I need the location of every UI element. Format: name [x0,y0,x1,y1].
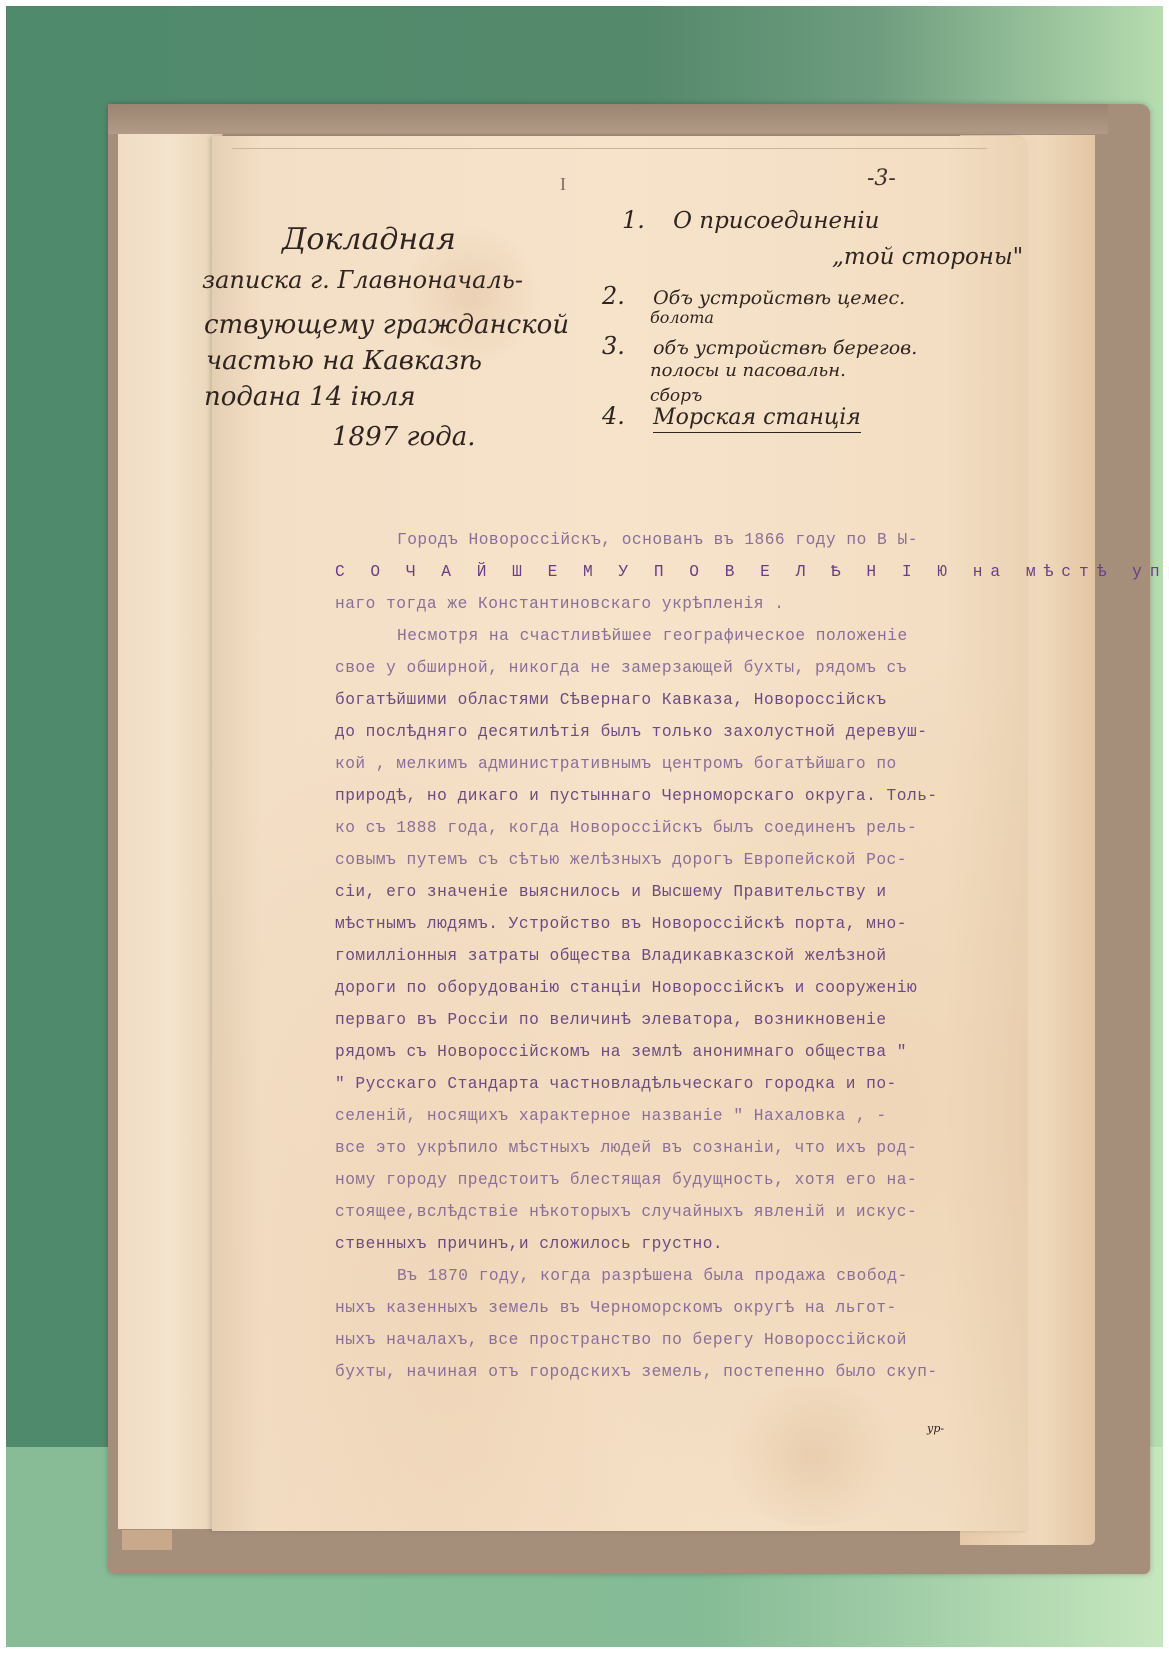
typed-line: Городъ Новороссійскъ, основанъ въ 1866 г… [397,529,918,551]
contents-item: 1. О присоединеніи [622,206,879,234]
typed-line: Въ 1870 году, когда разрѣшена была прода… [397,1265,908,1287]
typed-line: ственныхъ причинъ,и сложилось грустно. [335,1233,723,1255]
binding-strip [118,134,223,1529]
typed-line: перваго въ Россіи по величинѣ элеватора,… [335,1009,887,1031]
contents-item: 4. Морская станція [602,402,861,430]
typed-line: все это укрѣпило мѣстныхъ людей въ созна… [335,1137,917,1159]
typed-line: селеній, носящихъ характерное названіе "… [335,1105,887,1127]
typed-line: " Русскаго Стандарта частновладѣльческаг… [335,1073,897,1095]
contents-item-cont: болота [650,308,714,327]
typed-line: совымъ путемъ съ сѣтью желѣзныхъ дорогъ … [335,849,907,871]
page-frame-line [232,148,987,151]
contents-item: 2. Объ устройствѣ цемес. [602,282,905,310]
typed-line: сіи, его значеніе выяснилось и Высшему П… [335,881,887,903]
title-line: записка г. Главноначаль- [202,266,523,294]
typed-line: стоящее,вслѣдствіе нѣкоторыхъ случайныхъ… [335,1201,917,1223]
typed-line: свое у обширной, никогда не замерзающей … [335,657,907,679]
title-line: частью на Кавказѣ [206,346,482,376]
handwritten-page-number: -3- [867,166,896,191]
title-line: подана 14 іюля [204,382,416,412]
typed-line: дороги по оборудованію станціи Новороссі… [335,977,917,999]
typed-line: ко съ 1888 года, когда Новороссійскъ был… [335,817,917,839]
typed-page-number: I [560,174,566,195]
title-line: 1897 года. [332,422,475,452]
typed-line: до послѣдняго десятилѣтія былъ только за… [335,721,927,743]
contents-item-cont: полосы и пасовальн. [650,360,846,381]
paper-stain [712,1386,912,1526]
typed-line: мѣстнымъ людямъ. Устройство въ Новороссі… [335,913,907,935]
typed-line: богатѣйшими областями Сѣвернаго Кавказа,… [335,689,887,711]
typed-line: Несмотря на счастливѣйшее географическое… [397,625,908,647]
typed-line: кой , мелкимъ административнымъ центромъ… [335,753,897,775]
typed-line-emphasis: С О Ч А Й Ш Е М У П О В Е Л Ѣ Н І Ю на м… [335,561,1169,583]
footer-mark: ур- [927,1422,944,1435]
typed-line: природѣ, но дикаго и пустыннаго Черномор… [335,785,938,807]
document-page: I -3- Докладная записка г. Главноначаль-… [212,136,1027,1531]
binding-tab [122,1530,172,1550]
contents-item-cont: „той стороны" [832,244,1023,270]
typed-line: наго тогда же Константиновскаго укрѣплен… [335,593,784,615]
title-line: ствующему гражданской [204,310,569,340]
contents-item: 3. объ устройствѣ берегов. [602,332,917,360]
title-line: Докладная [282,222,456,257]
typed-line: бухты, начиная отъ городскихъ земель, по… [335,1361,938,1383]
typed-line: ныхъ казенныхъ земель въ Черноморскомъ о… [335,1297,897,1319]
folder-top-edge [108,104,1108,134]
typed-line: ныхъ началахъ, все пространство по берег… [335,1329,907,1351]
typed-line: гомилліонныя затраты общества Владикавка… [335,945,887,967]
typed-line: ному городу предстоитъ блестящая будущно… [335,1169,917,1191]
typed-line: рядомъ съ Новороссійскомъ на землѣ анони… [335,1041,907,1063]
